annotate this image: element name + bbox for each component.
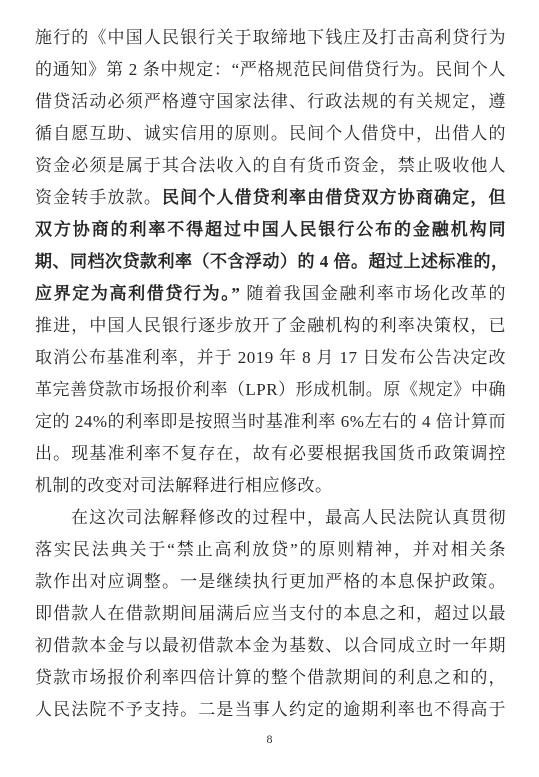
text-line: 资金必须是属于其合法收入的自有货币资金，禁止吸收他人 <box>35 150 506 182</box>
text-line: 机制的改变对司法解释进行相应修改。 <box>35 470 506 502</box>
text-segment: 推进，中国人民银行逐步放开了金融机构的利率决策权，已 <box>35 316 506 335</box>
text-segment: 初借款本金与以最初借款本金为基数、以合同成立时一年期 <box>35 636 506 655</box>
text-line: 借贷活动必须严格遵守国家法律、行政法规的有关规定，遵 <box>35 86 506 118</box>
text-line: 双方协商的利率不得超过中国人民银行公布的金融机构同 <box>35 214 506 246</box>
bold-text-segment: 双方协商的利率不得超过中国人民银行公布的金融机构同 <box>35 220 506 239</box>
text-line: 出。现基准利率不复存在，故有必要根据我国货币政策调控 <box>35 438 506 470</box>
text-line: 推进，中国人民银行逐步放开了金融机构的利率决策权，已 <box>35 310 506 342</box>
text-segment: 即借款人在借款期间届满后应当支付的本息之和，超过以最 <box>35 604 506 623</box>
text-line: 应界定为高利借贷行为。” 随着我国金融利率市场化改革的 <box>35 278 506 310</box>
text-segment: 取消公布基准利率，并于 2019 年 8 月 17 日发布公告决定改 <box>35 348 506 367</box>
text-line: 定的 24%的利率即是按照当时基准利率 6%左右的 4 倍计算而 <box>35 406 506 438</box>
text-segment: 资金必须是属于其合法收入的自有货币资金，禁止吸收他人 <box>35 156 506 175</box>
bold-text-segment: 应界定为高利借贷行为。” <box>35 284 240 303</box>
text-segment: 机制的改变对司法解释进行相应修改。 <box>35 476 333 495</box>
text-segment: 贷款市场报价利率四倍计算的整个借款期间的利息之和的， <box>35 668 506 687</box>
text-segment: 施行的《中国人民银行关于取缔地下钱庄及打击高利贷行为 <box>35 28 506 47</box>
text-line: 款作出对应调整。一是继续执行更加严格的本息保护政策。 <box>35 566 506 598</box>
text-segment: 借贷活动必须严格遵守国家法律、行政法规的有关规定，遵 <box>35 92 506 111</box>
text-line: 取消公布基准利率，并于 2019 年 8 月 17 日发布公告决定改 <box>35 342 506 374</box>
text-line: 循自愿互助、诚实信用的原则。民间个人借贷中，出借人的 <box>35 118 506 150</box>
text-segment: 落实民法典关于“禁止高利放贷”的原则精神，并对相关条 <box>35 540 506 559</box>
text-line: 贷款市场报价利率四倍计算的整个借款期间的利息之和的， <box>35 662 506 694</box>
text-line: 的通知》第 2 条中规定：“严格规范民间借贷行为。民间个人 <box>35 54 506 86</box>
page-number: 8 <box>0 731 539 747</box>
text-line: 初借款本金与以最初借款本金为基数、以合同成立时一年期 <box>35 630 506 662</box>
text-line: 施行的《中国人民银行关于取缔地下钱庄及打击高利贷行为 <box>35 22 506 54</box>
text-line: 革完善贷款市场报价利率（LPR）形成机制。原《规定》中确 <box>35 374 506 406</box>
text-segment: 资金转手放款。 <box>35 188 162 207</box>
text-segment: 革完善贷款市场报价利率（LPR）形成机制。原《规定》中确 <box>35 380 506 399</box>
text-segment: 定的 24%的利率即是按照当时基准利率 6%左右的 4 倍计算而 <box>35 412 506 431</box>
text-line: 即借款人在借款期间届满后应当支付的本息之和，超过以最 <box>35 598 506 630</box>
text-segment: 款作出对应调整。一是继续执行更加严格的本息保护政策。 <box>35 572 506 591</box>
text-line: 期、同档次贷款利率（不含浮动）的 4 倍。超过上述标准的， <box>35 246 506 278</box>
text-line: 落实民法典关于“禁止高利放贷”的原则精神，并对相关条 <box>35 534 506 566</box>
bold-text-segment: 期、同档次贷款利率（不含浮动）的 4 倍。超过上述标准的， <box>35 252 506 271</box>
text-line: 在这次司法解释修改的过程中，最高人民法院认真贯彻 <box>35 502 506 534</box>
text-segment: 人民法院不予支持。二是当事人约定的逾期利率也不得高于 <box>35 700 506 719</box>
text-line: 人民法院不予支持。二是当事人约定的逾期利率也不得高于 <box>35 694 506 726</box>
text-block: 施行的《中国人民银行关于取缔地下钱庄及打击高利贷行为的通知》第 2 条中规定：“… <box>35 22 506 726</box>
text-segment: 循自愿互助、诚实信用的原则。民间个人借贷中，出借人的 <box>35 124 506 143</box>
document-page: 施行的《中国人民银行关于取缔地下钱庄及打击高利贷行为的通知》第 2 条中规定：“… <box>0 0 539 777</box>
text-segment: 在这次司法解释修改的过程中，最高人民法院认真贯彻 <box>71 508 506 527</box>
bold-text-segment: 民间个人借贷利率由借贷双方协商确定，但 <box>162 188 506 207</box>
text-line: 资金转手放款。民间个人借贷利率由借贷双方协商确定，但 <box>35 182 506 214</box>
text-segment: 的通知》第 2 条中规定：“严格规范民间借贷行为。民间个人 <box>35 60 506 79</box>
text-segment: 出。现基准利率不复存在，故有必要根据我国货币政策调控 <box>35 444 506 463</box>
text-segment: 随着我国金融利率市场化改革的 <box>240 284 506 303</box>
